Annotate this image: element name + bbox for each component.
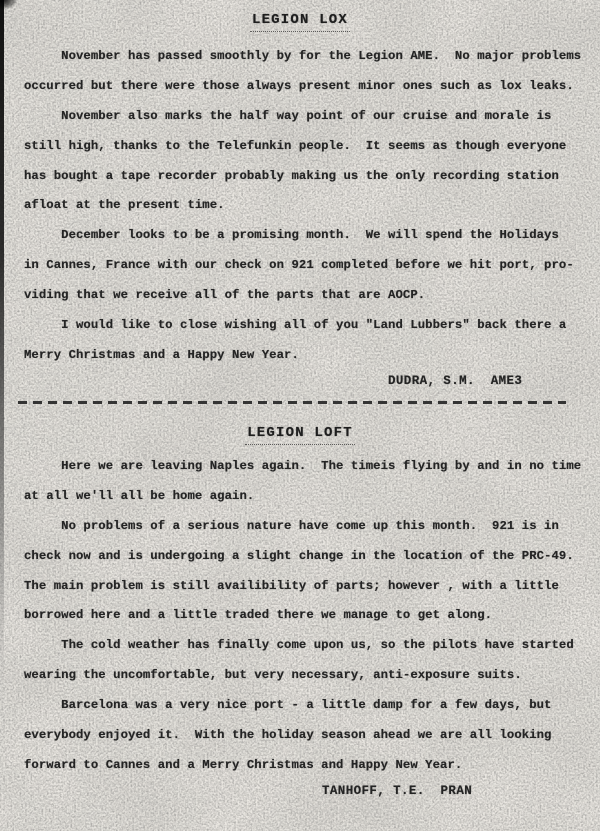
text-line: everybody enjoyed it. With the holiday s… <box>24 721 588 751</box>
text-line: Barcelona was a very nice port - a littl… <box>24 691 588 721</box>
scanned-document-page: LEGION LOX November has passed smoothly … <box>0 0 600 831</box>
signature-tanhoff: TANHOFF, T.E. PRAN <box>322 781 472 801</box>
text-line: November also marks the half way point o… <box>24 102 588 132</box>
section-title-legion-loft: LEGION LOFT <box>0 423 600 445</box>
section-title-text: LEGION LOX <box>250 10 350 32</box>
section-title-legion-lox: LEGION LOX <box>0 10 600 32</box>
text-line: forward to Cannes and a Merry Christmas … <box>24 751 588 781</box>
scan-corner-smudge <box>0 0 17 9</box>
text-line: December looks to be a promising month. … <box>24 221 588 251</box>
text-line: November has passed smoothly by for the … <box>24 42 588 72</box>
text-line: borrowed here and a little traded there … <box>24 601 588 631</box>
signature-dudra: DUDRA, S.M. AME3 <box>388 371 522 391</box>
dashed-separator <box>18 401 566 404</box>
section-body-legion-lox: November has passed smoothly by for the … <box>24 42 588 371</box>
section-body-legion-loft: Here we are leaving Naples again. The ti… <box>24 452 588 781</box>
text-line: No problems of a serious nature have com… <box>24 512 588 542</box>
text-line: I would like to close wishing all of you… <box>24 311 588 341</box>
text-line: Merry Christmas and a Happy New Year. <box>24 341 588 371</box>
text-line: wearing the uncomfortable, but very nece… <box>24 661 588 691</box>
text-line: at all we'll all be home again. <box>24 482 588 512</box>
section-title-text: LEGION LOFT <box>245 423 355 445</box>
text-line: The main problem is still availibility o… <box>24 572 588 602</box>
text-line: Here we are leaving Naples again. The ti… <box>24 452 588 482</box>
text-line: occurred but there were those always pre… <box>24 72 588 102</box>
text-line: viding that we receive all of the parts … <box>24 281 588 311</box>
text-line: afloat at the present time. <box>24 191 588 221</box>
text-line: The cold weather has finally come upon u… <box>24 631 588 661</box>
text-line: check now and is undergoing a slight cha… <box>24 542 588 572</box>
text-line: has bought a tape recorder probably maki… <box>24 162 588 192</box>
scan-edge-artifact <box>0 0 4 720</box>
text-line: in Cannes, France with our check on 921 … <box>24 251 588 281</box>
text-line: still high, thanks to the Telefunkin peo… <box>24 132 588 162</box>
